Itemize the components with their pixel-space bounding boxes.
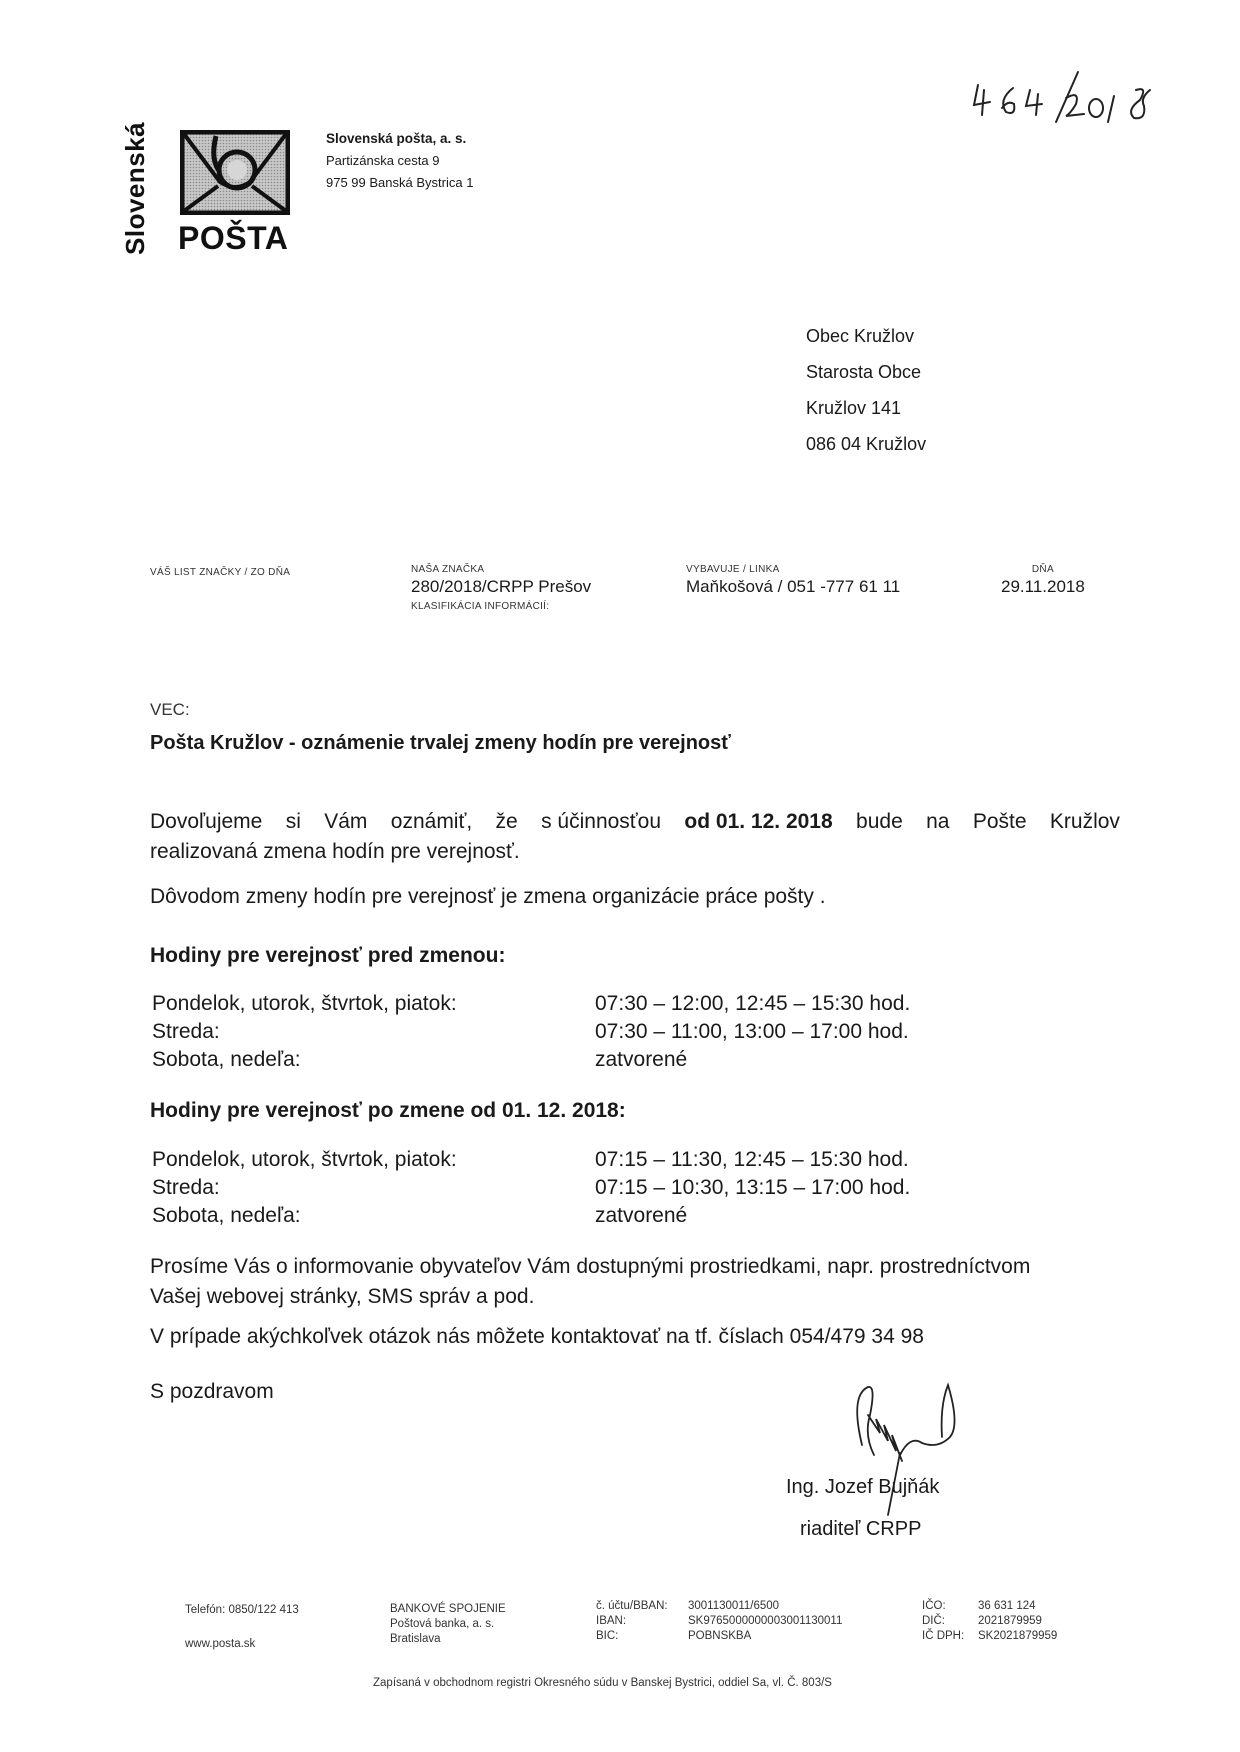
hours-days: Streda: <box>152 1018 595 1046</box>
hours-row: Sobota, nedeľa: zatvorené <box>152 1202 910 1230</box>
signer-name: Ing. Jozef Bujňák <box>786 1476 939 1499</box>
account-row: BIC: POBNSKBA <box>596 1629 842 1644</box>
signature-icon <box>840 1375 980 1525</box>
hours-row: Pondelok, utorok, štvrtok, piatok: 07:30… <box>152 990 910 1018</box>
logo-vertical-label: Slovenská <box>120 122 151 255</box>
your-letter-reference: VÁŠ LIST ZNAČKY / ZO DŇA <box>150 567 290 578</box>
closing-greeting: S pozdravom <box>150 1380 274 1404</box>
paragraph-line: Dovoľujeme si Vám oznámiť, že s účinnosť… <box>150 807 1120 837</box>
hours-after-title: Hodiny pre verejnosť po zmene od 01. 12.… <box>150 1099 626 1123</box>
sender-city: 975 99 Banská Bystrica 1 <box>326 172 473 194</box>
hours-row: Pondelok, utorok, štvrtok, piatok: 07:15… <box>152 1146 910 1174</box>
id-key: DIČ: <box>922 1614 978 1629</box>
company-name: Slovenská pošta, a. s. <box>326 128 473 150</box>
hours-before-title: Hodiny pre verejnosť pred zmenou: <box>150 944 505 968</box>
id-key: IČ DPH: <box>922 1629 978 1644</box>
footer-register-note: Zapísaná v obchodnom registri Okresného … <box>373 1677 832 1689</box>
hours-row: Streda: 07:30 – 11:00, 13:00 – 17:00 hod… <box>152 1018 910 1046</box>
account-key: BIC: <box>596 1629 688 1644</box>
footer-phone: Telefón: 0850/122 413 <box>185 1603 299 1618</box>
paragraph-line: Vašej webovej stránky, SMS správ a pod. <box>150 1282 1130 1312</box>
hours-times: zatvorené <box>595 1046 687 1074</box>
handler-label: VYBAVUJE / LINKA <box>686 564 900 575</box>
date-value: 29.11.2018 <box>1001 577 1085 597</box>
recipient-line: 086 04 Kružlov <box>806 426 926 462</box>
handler-reference: VYBAVUJE / LINKA Maňkošová / 051 -777 61… <box>686 564 900 597</box>
hours-days: Pondelok, utorok, štvrtok, piatok: <box>152 1146 595 1174</box>
hours-times: zatvorené <box>595 1202 687 1230</box>
id-value: 36 631 124 <box>978 1599 1036 1614</box>
date-label: DŇA <box>1001 564 1085 575</box>
sender-street: Partizánska cesta 9 <box>326 150 473 172</box>
recipient-line: Starosta Obce <box>806 354 926 390</box>
hours-before-table: Pondelok, utorok, štvrtok, piatok: 07:30… <box>152 990 910 1074</box>
word: s účinnosťou <box>541 807 661 837</box>
our-reference: NAŠA ZNAČKA 280/2018/CRPP Prešov KLASIFI… <box>411 564 591 612</box>
word: že <box>496 807 518 837</box>
id-key: IČO: <box>922 1599 978 1614</box>
paragraph-reason: Dôvodom zmeny hodín pre verejnosť je zme… <box>150 882 826 912</box>
word: Pošte <box>973 807 1027 837</box>
id-row: IČO: 36 631 124 <box>922 1599 1057 1614</box>
hours-days: Streda: <box>152 1174 595 1202</box>
id-row: IČ DPH: SK2021879959 <box>922 1629 1057 1644</box>
id-value: SK2021879959 <box>978 1629 1057 1644</box>
word: si <box>286 807 301 837</box>
hours-row: Sobota, nedeľa: zatvorené <box>152 1046 910 1074</box>
handler-value: Maňkošová / 051 -777 61 11 <box>686 577 900 597</box>
paragraph-contact: V prípade akýchkoľvek otázok nás môžete … <box>150 1322 924 1352</box>
hours-times: 07:15 – 11:30, 12:45 – 15:30 hod. <box>595 1146 909 1174</box>
word: Vám <box>324 807 367 837</box>
bank-label: BANKOVÉ SPOJENIE <box>390 1602 506 1617</box>
bank-city: Bratislava <box>390 1632 506 1647</box>
hours-row: Streda: 07:15 – 10:30, 13:15 – 17:00 hod… <box>152 1174 910 1202</box>
letter-date: DŇA 29.11.2018 <box>1001 564 1085 597</box>
handwritten-reference-icon <box>968 60 1168 130</box>
word: Dovoľujeme <box>150 807 262 837</box>
account-row: č. účtu/BBAN: 3001130011/6500 <box>596 1599 842 1614</box>
word: na <box>926 807 949 837</box>
subject-title: Pošta Kružlov - oznámenie trvalej zmeny … <box>150 732 731 755</box>
account-key: IBAN: <box>596 1614 688 1629</box>
classification-label: KLASIFIKÁCIA INFORMÁCIÍ: <box>411 601 591 612</box>
account-value: SK9765000000003001130011 <box>688 1614 842 1629</box>
account-row: IBAN: SK9765000000003001130011 <box>596 1614 842 1629</box>
account-key: č. účtu/BBAN: <box>596 1599 688 1614</box>
hours-days: Sobota, nedeľa: <box>152 1046 595 1074</box>
paragraph-line: realizovaná zmena hodín pre verejnosť. <box>150 837 1120 867</box>
recipient-line: Kružlov 141 <box>806 390 926 426</box>
sender-address: Slovenská pošta, a. s. Partizánska cesta… <box>326 128 473 194</box>
hours-days: Pondelok, utorok, štvrtok, piatok: <box>152 990 595 1018</box>
recipient-line: Obec Kružlov <box>806 318 926 354</box>
account-value: POBNSKBA <box>688 1629 751 1644</box>
hours-times: 07:30 – 11:00, 13:00 – 17:00 hod. <box>595 1018 909 1046</box>
footer-bank: BANKOVÉ SPOJENIE Poštová banka, a. s. Br… <box>390 1602 506 1647</box>
word: bude <box>856 807 903 837</box>
our-reference-value: 280/2018/CRPP Prešov <box>411 577 591 597</box>
id-value: 2021879959 <box>978 1614 1042 1629</box>
id-row: DIČ: 2021879959 <box>922 1614 1057 1629</box>
footer-company-ids: IČO: 36 631 124 DIČ: 2021879959 IČ DPH: … <box>922 1599 1057 1644</box>
effective-date: od 01. 12. 2018 <box>684 807 832 837</box>
hours-after-table: Pondelok, utorok, štvrtok, piatok: 07:15… <box>152 1146 910 1230</box>
subject-label: VEC: <box>150 700 190 720</box>
your-letter-label: VÁŠ LIST ZNAČKY / ZO DŇA <box>150 567 290 578</box>
logo-vertical-text: Slovenská <box>120 125 180 255</box>
paragraph-request: Prosíme Vás o informovanie obyvateľov Vá… <box>150 1252 1130 1312</box>
our-reference-label: NAŠA ZNAČKA <box>411 564 591 575</box>
paragraph-announcement: Dovoľujeme si Vám oznámiť, že s účinnosť… <box>150 807 1120 867</box>
handwritten-reference <box>968 60 1168 130</box>
word: Kružlov <box>1050 807 1120 837</box>
paragraph-line: Prosíme Vás o informovanie obyvateľov Vá… <box>150 1252 1130 1282</box>
word: oznámiť, <box>391 807 472 837</box>
logo-text: POŠTA <box>178 220 288 257</box>
hours-days: Sobota, nedeľa: <box>152 1202 595 1230</box>
account-value: 3001130011/6500 <box>688 1599 779 1614</box>
footer-website-link[interactable]: www.posta.sk <box>185 1637 255 1652</box>
footer-accounts: č. účtu/BBAN: 3001130011/6500 IBAN: SK97… <box>596 1599 842 1644</box>
bank-name: Poštová banka, a. s. <box>390 1617 506 1632</box>
hours-times: 07:15 – 10:30, 13:15 – 17:00 hod. <box>595 1174 910 1202</box>
recipient-address: Obec Kružlov Starosta Obce Kružlov 141 0… <box>806 318 926 462</box>
hours-times: 07:30 – 12:00, 12:45 – 15:30 hod. <box>595 990 910 1018</box>
signer-title: riaditeľ CRPP <box>800 1518 921 1541</box>
post-horn-envelope-icon <box>180 130 290 215</box>
